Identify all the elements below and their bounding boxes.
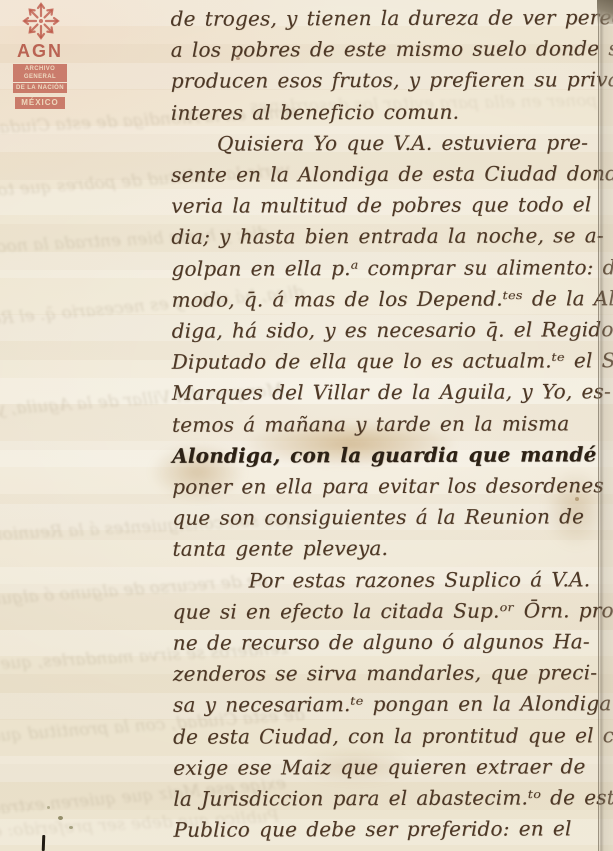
manuscript-line: de esta Ciudad, con la prontitud que el … <box>173 720 609 753</box>
manuscript-line: diga, há sido, y es necesario q̄. el Reg… <box>172 314 608 347</box>
manuscript-line: de troges, y tienen la dureza de ver per… <box>171 2 607 35</box>
manuscript-line: que si en efecto la citada Sup.ᵒʳ Ōrn. p… <box>173 595 609 628</box>
manuscript-line: a los pobres de este mismo suelo donde s… <box>171 33 607 66</box>
manuscript-line: Diputado de ella que lo es actualm.ᵗᵉ el… <box>172 345 608 378</box>
manuscript-line: Marques del Villar de la Aguila, y Yo, e… <box>172 377 608 410</box>
manuscript-line: sa y necesariam.ᵗᵉ pongan en la Alondiga <box>173 689 609 722</box>
manuscript-line: modo, q̄. á mas de los Depend.ᵗᵉˢ de la … <box>172 283 608 316</box>
agn-watermark: AGN ARCHIVO GENERAL DE LA NACIÓN MÉXICO <box>11 1 67 109</box>
manuscript-line: sente en la Alondiga de esta Ciudad dond… <box>171 158 607 191</box>
manuscript-line: poner en ella para evitar los desordenes <box>172 470 608 503</box>
manuscript-line: tanta gente pleveya. <box>172 533 608 566</box>
ink-speck <box>58 816 63 820</box>
agn-acronym: AGN <box>17 41 67 62</box>
manuscript-line: producen esos frutos, y prefieren su pri… <box>171 65 607 98</box>
manuscript-line: golpan en ella p.ᵃ comprar su alimento: … <box>171 252 607 285</box>
manuscript-line: Publico que debe ser preferido: en el <box>173 814 609 847</box>
manuscript-line: Por estas razones Suplico á V.A. <box>172 564 608 597</box>
ink-speck <box>69 826 73 829</box>
manuscript-line: que son consiguientes á la Reunion de <box>172 501 608 534</box>
manuscript-line: veria la multitud de pobres que todo el <box>171 189 607 222</box>
bottom-ink-mark <box>42 835 46 851</box>
manuscript-line: exige ese Maiz que quieren extraer de <box>173 751 609 784</box>
scanned-manuscript-page: sente en la Alondiga de esta Ciudad dond… <box>0 0 613 851</box>
manuscript-line-retouched: Alondiga, con la guardia que mandé <box>172 439 608 472</box>
manuscript-line: temos á mañana y tarde en la misma <box>172 408 608 441</box>
agn-name-bar-1: ARCHIVO GENERAL <box>13 64 67 82</box>
agn-name-bar-2: DE LA NACIÓN <box>13 83 67 93</box>
manuscript-line: interes al beneficio comun. <box>171 96 607 129</box>
manuscript-text: de troges, y tienen la dureza de ver per… <box>171 2 610 846</box>
agn-star-icon <box>18 1 64 41</box>
manuscript-line: Quisiera Yo que V.A. estuviera pre- <box>171 127 607 160</box>
top-right-corner-shadow <box>597 0 613 24</box>
ink-speck <box>47 806 50 809</box>
manuscript-line: la Jurisdiccion para el abastecim.ᵗᵒ de … <box>173 782 609 815</box>
manuscript-line: ne de recurso de alguno ó algunos Ha- <box>173 626 609 659</box>
manuscript-line: zenderos se sirva mandarles, que preci- <box>173 658 609 691</box>
agn-country-bar: MÉXICO <box>15 97 65 109</box>
manuscript-line: dia; y hasta bien entrada la noche, se a… <box>171 221 607 254</box>
page-edge-shadow <box>598 0 613 851</box>
